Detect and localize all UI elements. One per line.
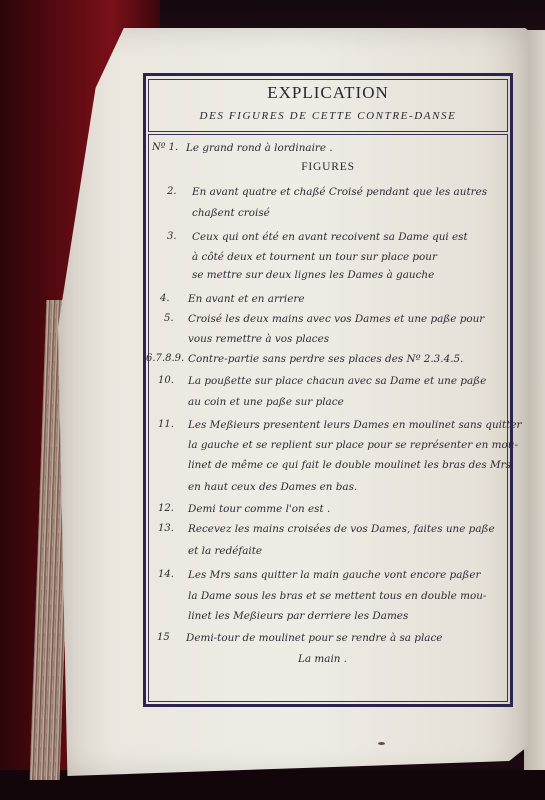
entry-line: se mettre sur deux lignes les Dames à ga…	[192, 268, 434, 282]
entry-line: la Dame sous les bras et se mettent tous…	[188, 589, 486, 603]
entry-number: 13.	[158, 522, 174, 536]
entry-line: En avant et en arriere	[188, 292, 305, 306]
entry-line: linet les Meßieurs par derriere les Dame…	[188, 609, 408, 623]
entry-line: Recevez les mains croisées de vos Dames,…	[188, 522, 495, 536]
entry-number: 15	[157, 631, 170, 645]
intro-number: Nº 1.	[152, 141, 178, 155]
entry-number: 10.	[158, 374, 174, 388]
entry-line: au coin et une paße sur place	[188, 395, 344, 409]
entry-number: 3.	[167, 230, 177, 244]
entry-number: 11.	[158, 418, 174, 432]
entry-line: et la redéfaite	[188, 544, 262, 558]
closing-text: La main .	[298, 652, 347, 666]
title-cartouche: EXPLICATION DES FIGURES DE CETTE CONTRE-…	[148, 79, 508, 132]
section-heading: FIGURES	[148, 161, 508, 173]
entry-number: 12.	[158, 502, 174, 516]
entry-line: Les Meßieurs presentent leurs Dames en m…	[188, 418, 521, 432]
entry-line: en haut ceux des Dames en bas.	[188, 480, 357, 494]
entry-number: 14.	[158, 568, 174, 582]
entry-number: 6.7.8.9.	[146, 352, 184, 366]
entry-line: La poußette sur place chacun avec sa Dam…	[188, 374, 486, 388]
entry-number: 5.	[164, 312, 174, 326]
entry-line: à côté deux et tournent un tour sur plac…	[192, 250, 437, 264]
page-subtitle: DES FIGURES DE CETTE CONTRE-DANSE	[149, 109, 507, 123]
entry-line: chaßent croisé	[192, 206, 270, 220]
page-title: EXPLICATION	[149, 83, 507, 103]
intro-text: Le grand rond à lordinaire .	[186, 141, 333, 155]
ink-smudge	[378, 742, 385, 745]
entry-line: Les Mrs sans quitter la main gauche vont…	[188, 568, 480, 582]
entry-line: Croisé les deux mains avec vos Dames et …	[188, 312, 484, 326]
entry-line: vous remettre à vos places	[188, 332, 329, 346]
entry-number: 2.	[167, 185, 177, 199]
entry-number: 4.	[160, 292, 170, 306]
entry-line: En avant quatre et chaßé Croisé pendant …	[192, 185, 487, 199]
entry-line: Demi tour comme l'on est .	[188, 502, 330, 516]
entry-line: linet de même ce qui fait le double moul…	[188, 458, 511, 472]
entry-line: Ceux qui ont été en avant recoivent sa D…	[192, 230, 468, 244]
entry-line: Contre-partie sans perdre ses places des…	[188, 352, 463, 366]
entry-line: la gauche et se replient sur place pour …	[188, 438, 518, 452]
entry-line: Demi-tour de moulinet pour se rendre à s…	[186, 631, 442, 645]
